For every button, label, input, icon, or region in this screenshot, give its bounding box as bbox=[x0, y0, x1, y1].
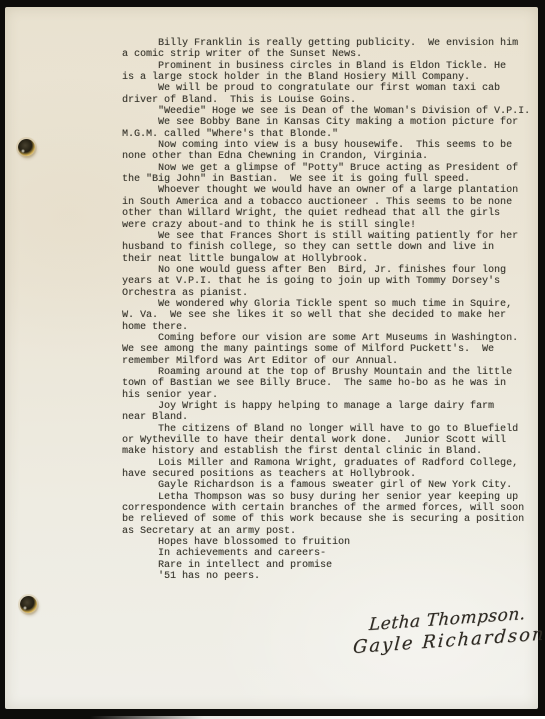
typed-line: M.G.M. called "Where's that Blonde." bbox=[122, 129, 532, 140]
typed-line: correspondence with certain branches of … bbox=[122, 503, 532, 514]
typed-line: in South America and a tobacco auctionee… bbox=[122, 197, 532, 208]
typed-text-body: Billy Franklin is really getting publici… bbox=[122, 38, 532, 583]
typed-line: No one would guess after Ben Bird, Jr. f… bbox=[122, 265, 532, 276]
typed-line: Letha Thompson was so busy during her se… bbox=[122, 492, 532, 503]
typed-line: other than Willard Wright, the quiet red… bbox=[122, 208, 532, 219]
typed-line: "Weedie" Hoge we see is Dean of the Woma… bbox=[122, 106, 532, 117]
typed-line: home there. bbox=[122, 322, 532, 333]
typed-line: Orchestra as pianist. bbox=[122, 288, 532, 299]
typed-line: Billy Franklin is really getting publici… bbox=[122, 38, 532, 49]
typed-line: driver of Bland. This is Louise Goins. bbox=[122, 95, 532, 106]
typed-line: Joy Wright is happy helping to manage a … bbox=[122, 401, 532, 412]
typed-line: town of Bastian we see Billy Bruce. The … bbox=[122, 378, 532, 389]
typed-line: Rare in intellect and promise bbox=[122, 560, 532, 571]
typed-line: The citizens of Bland no longer will hav… bbox=[122, 424, 532, 435]
typed-line: '51 has no peers. bbox=[122, 571, 532, 582]
typed-line: years at V.P.I. that he is going to join… bbox=[122, 276, 532, 287]
typed-line: We see that Frances Short is still waiti… bbox=[122, 231, 532, 242]
typed-line: have secured positions as teachers at Ho… bbox=[122, 469, 532, 480]
scanned-page: Billy Franklin is really getting publici… bbox=[0, 0, 545, 719]
typed-line: near Bland. bbox=[122, 412, 532, 423]
typed-line: Whoever thought we would have an owner o… bbox=[122, 185, 532, 196]
typed-line: Roaming around at the top of Brushy Moun… bbox=[122, 367, 532, 378]
typed-line: Now coming into view is a busy housewife… bbox=[122, 140, 532, 151]
typed-line: his senior year. bbox=[122, 390, 532, 401]
typed-line: make history and establish the first den… bbox=[122, 446, 532, 457]
typed-line: the "Big John" in Bastian. We see it is … bbox=[122, 174, 532, 185]
typed-line: were crazy about-and to think he is stil… bbox=[122, 220, 532, 231]
typed-line: We wondered why Gloria Tickle spent so m… bbox=[122, 299, 532, 310]
typed-line: husband to finish college, so they can s… bbox=[122, 242, 532, 253]
typed-line: or Wytheville to have their dental work … bbox=[122, 435, 532, 446]
typed-line: is a large stock holder in the Bland Hos… bbox=[122, 72, 532, 83]
typed-line: In achievements and careers- bbox=[122, 548, 532, 559]
typed-line: Lois Miller and Ramona Wright, graduates… bbox=[122, 458, 532, 469]
brass-brad-bottom-icon bbox=[20, 596, 37, 613]
typed-line: Prominent in business circles in Bland i… bbox=[122, 61, 532, 72]
typed-line: We see Bobby Bane in Kansas City making … bbox=[122, 117, 532, 128]
typed-line: Now we get a glimpse of "Potty" Bruce ac… bbox=[122, 163, 532, 174]
paper-sheet: Billy Franklin is really getting publici… bbox=[5, 7, 538, 709]
typed-line: be relieved of some of this work because… bbox=[122, 514, 532, 525]
typed-line: as Secretary at an army post. bbox=[122, 526, 532, 537]
typed-line: remember Milford was Art Editor of our A… bbox=[122, 356, 532, 367]
typed-line: a comic strip writer of the Sunset News. bbox=[122, 49, 532, 60]
typed-line: We see among the many paintings some of … bbox=[122, 344, 532, 355]
typed-line: Coming before our vision are some Art Mu… bbox=[122, 333, 532, 344]
typed-line: Gayle Richardson is a famous sweater gir… bbox=[122, 480, 532, 491]
typed-line: Hopes have blossomed to fruition bbox=[122, 537, 532, 548]
typed-line: W. Va. We see she likes it so well that … bbox=[122, 310, 532, 321]
typed-line: We will be proud to congratulate our fir… bbox=[122, 83, 532, 94]
brass-brad-top-icon bbox=[18, 139, 35, 156]
typed-line: none other than Edna Chewning in Crandon… bbox=[122, 151, 532, 162]
typed-line: their neat little bungalow at Hollybrook… bbox=[122, 254, 532, 265]
